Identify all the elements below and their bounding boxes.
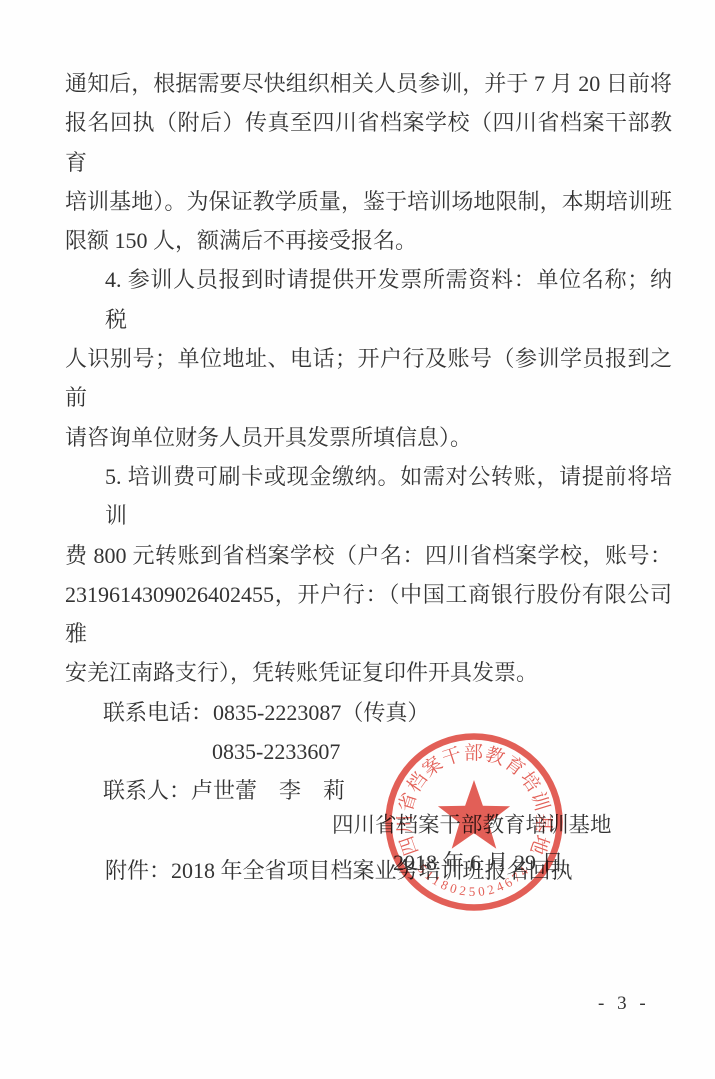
- attachment-line: 附件：2018 年全省项目档案业务培训班报名回执: [65, 851, 672, 890]
- body-line: 培训基地）。为保证教学质量，鉴于培训场地限制，本期培训班: [65, 182, 672, 221]
- official-seal-icon: 四川省档案干部教育培训基地 5118025024674: [379, 727, 569, 917]
- body-line: 4. 参训人员报到时请提供开发票所需资料：单位名称；纳税: [65, 260, 672, 339]
- body-line: 安羌江南路支行），凭转账凭证复印件开具发票。: [65, 653, 672, 692]
- scanned-document-page: 通知后，根据需要尽快组织相关人员参训，并于 7 月 20 日前将 报名回执（附后…: [0, 0, 715, 1079]
- body-line: 2319614309026402455，开户行：（中国工商银行股份有限公司雅: [65, 575, 672, 654]
- contact-phone-line: 联系电话：0835-2223087（传真）: [65, 693, 672, 732]
- body-line: 人识别号；单位地址、电话；开户行及账号（参训学员报到之前: [65, 339, 672, 418]
- body-line: 限额 150 人，额满后不再接受报名。: [65, 221, 672, 260]
- contact-phone-line-2: 0835-2233607: [65, 732, 672, 771]
- seal-star-icon: [438, 780, 510, 849]
- body-line: 报名回执（附后）传真至四川省档案学校（四川省档案干部教育: [65, 103, 672, 182]
- body-line: 费 800 元转账到省档案学校（户名：四川省档案学校，账号：: [65, 536, 672, 575]
- document-body: 通知后，根据需要尽快组织相关人员参训，并于 7 月 20 日前将 报名回执（附后…: [65, 64, 672, 890]
- body-line: 5. 培训费可刷卡或现金缴纳。如需对公转账，请提前将培训: [65, 457, 672, 536]
- body-line: 请咨询单位财务人员开具发票所填信息）。: [65, 418, 672, 457]
- contact-person-line: 联系人：卢世蕾 李 莉: [65, 771, 672, 810]
- body-line: 通知后，根据需要尽快组织相关人员参训，并于 7 月 20 日前将: [65, 64, 672, 103]
- page-number: - 3 -: [598, 993, 650, 1015]
